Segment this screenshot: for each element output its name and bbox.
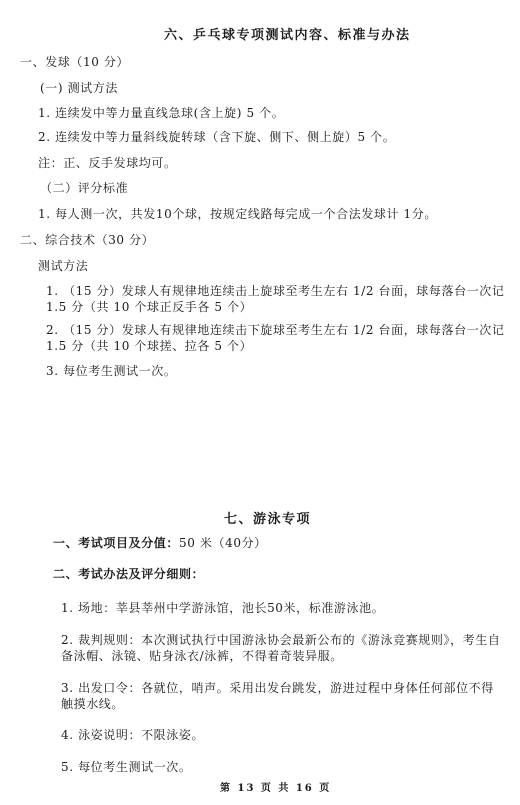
technique-method-label: 测试方法 [38,258,88,274]
serve-note: 注：正、反手发球均可。 [38,155,177,171]
exam-item-value: 50 米（40分） [179,536,267,550]
page-number: 第 13 页 共 16 页 [220,781,331,797]
swim-rule-5: 5. 每位考生测试一次。 [61,759,191,775]
swim-rule-1: 1. 场地：莘县莘州中学游泳馆，池长50米，标准游泳池。 [61,600,384,616]
technique-heading: 二、综合技术（30 分） [20,232,154,248]
scoring-subheading: （二）评分标准 [40,180,128,196]
test-method-subheading: (一) 测试方法 [40,80,118,96]
swim-rule-3: 3. 出发口令：各就位，哨声。采用出发台跳发，游进过程中身体任何部位不得触摸水线… [61,680,503,712]
serve-item-2: 2. 连续发中等力量斜线旋转球（含下旋、侧下、侧上旋）5 个。 [38,129,395,145]
swim-rule-2: 2. 裁判规则：本次测试执行中国游泳协会最新公布的《游泳竞赛规则》，考生自备泳帽… [61,632,503,664]
exam-method-heading: 二、考试办法及评分细则： [53,566,204,582]
exam-item-label: 一、考试项目及分值： [53,536,179,550]
serve-item-1: 1. 连续发中等力量直线急球(含上旋) 5 个。 [38,105,284,121]
swim-rule-4: 4. 泳姿说明：不限泳姿。 [61,727,204,743]
section-6-title: 六、乒乓球专项测试内容、标准与办法 [164,28,411,44]
scoring-item-1: 1. 每人测一次，共发10个球，按规定线路每完成一个合法发球计 1分。 [38,206,437,222]
technique-item-1: 1. （15 分）发球人有规律地连续击上旋球至考生左右 1/2 台面，球每落台一… [46,283,508,315]
exam-item-row: 一、考试项目及分值：50 米（40分） [53,535,267,551]
technique-item-2: 2. （15 分）发球人有规律地连续击下旋球至考生左右 1/2 台面，球每落台一… [46,322,508,354]
technique-item-3: 3. 每位考生测试一次。 [46,363,176,379]
section-7-title: 七、游泳专项 [224,512,311,528]
serve-heading: 一、发球（10 分） [20,54,129,70]
